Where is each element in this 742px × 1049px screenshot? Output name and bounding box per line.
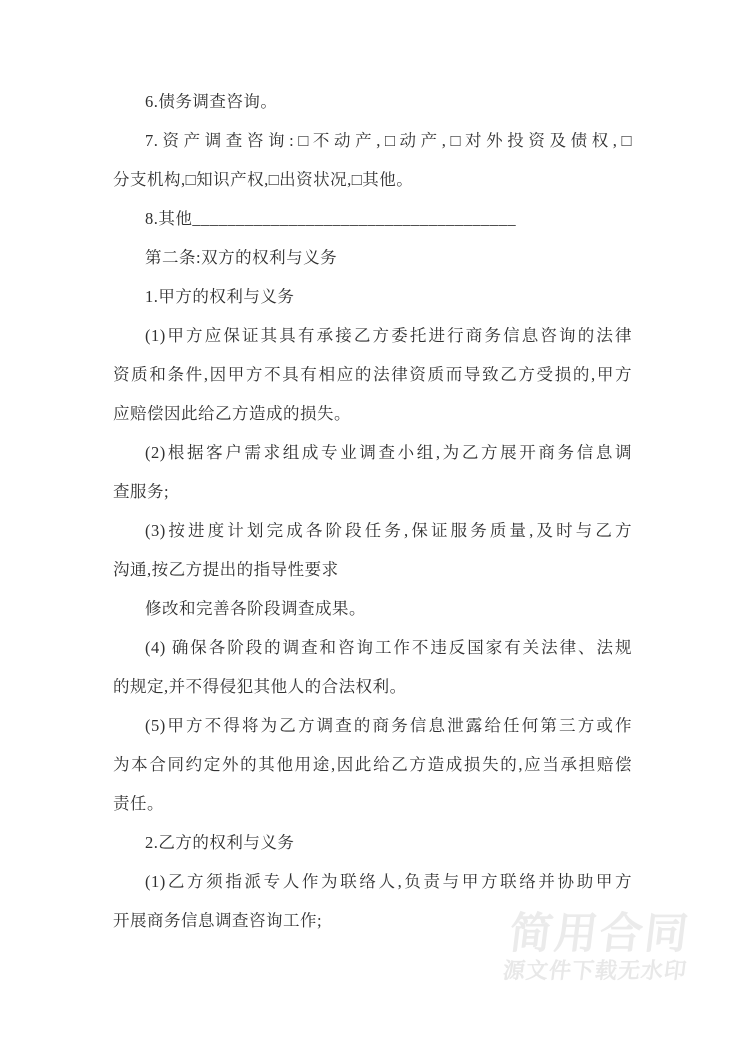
document-line: 为本合同约定外的其他用途,因此给乙方造成损失的,应当承担赔偿	[113, 745, 632, 784]
document-line: (3)按进度计划完成各阶段任务,保证服务质量,及时与乙方	[113, 511, 632, 550]
document-line: 查服务;	[113, 472, 632, 511]
document-line: (1)甲方应保证其具有承接乙方委托进行商务信息咨询的法律	[113, 316, 632, 355]
document-line: 6.债务调查咨询。	[113, 82, 632, 121]
document-line: (2)根据客户需求组成专业调查小组,为乙方展开商务信息调	[113, 433, 632, 472]
subsection-heading-line: 2.乙方的权利与义务	[113, 823, 632, 862]
document-line-fill-blank: 8.其他____________________________________…	[113, 199, 632, 238]
document-line: 开展商务信息调查咨询工作;	[113, 901, 632, 940]
contract-document-page: 6.债务调查咨询。 7.资产调查咨询:□不动产,□动产,□对外投资及债权,□ 分…	[0, 0, 742, 1049]
document-line: (5)甲方不得将为乙方调查的商务信息泄露给任何第三方或作	[113, 706, 632, 745]
document-line: 7.资产调查咨询:□不动产,□动产,□对外投资及债权,□	[113, 121, 632, 160]
document-line: 应赔偿因此给乙方造成的损失。	[113, 394, 632, 433]
document-line: (4) 确保各阶段的调查和咨询工作不违反国家有关法律、法规	[113, 628, 632, 667]
watermark-subtitle: 源文件下载无水印	[493, 958, 696, 984]
section-heading-line: 第二条:双方的权利与义务	[113, 238, 632, 277]
document-line: 沟通,按乙方提出的指导性要求	[113, 550, 632, 589]
document-line: 责任。	[113, 784, 632, 823]
document-line: 分支机构,□知识产权,□出资状况,□其他。	[113, 160, 632, 199]
document-line: 修改和完善各阶段调查成果。	[113, 589, 632, 628]
document-line: (1)乙方须指派专人作为联络人,负责与甲方联络并协助甲方	[113, 862, 632, 901]
document-line: 资质和条件,因甲方不具有相应的法律资质而导致乙方受损的,甲方	[113, 355, 632, 394]
contract-body: 6.债务调查咨询。 7.资产调查咨询:□不动产,□动产,□对外投资及债权,□ 分…	[113, 82, 632, 940]
document-line: 的规定,并不得侵犯其他人的合法权利。	[113, 667, 632, 706]
subsection-heading-line: 1.甲方的权利与义务	[113, 277, 632, 316]
